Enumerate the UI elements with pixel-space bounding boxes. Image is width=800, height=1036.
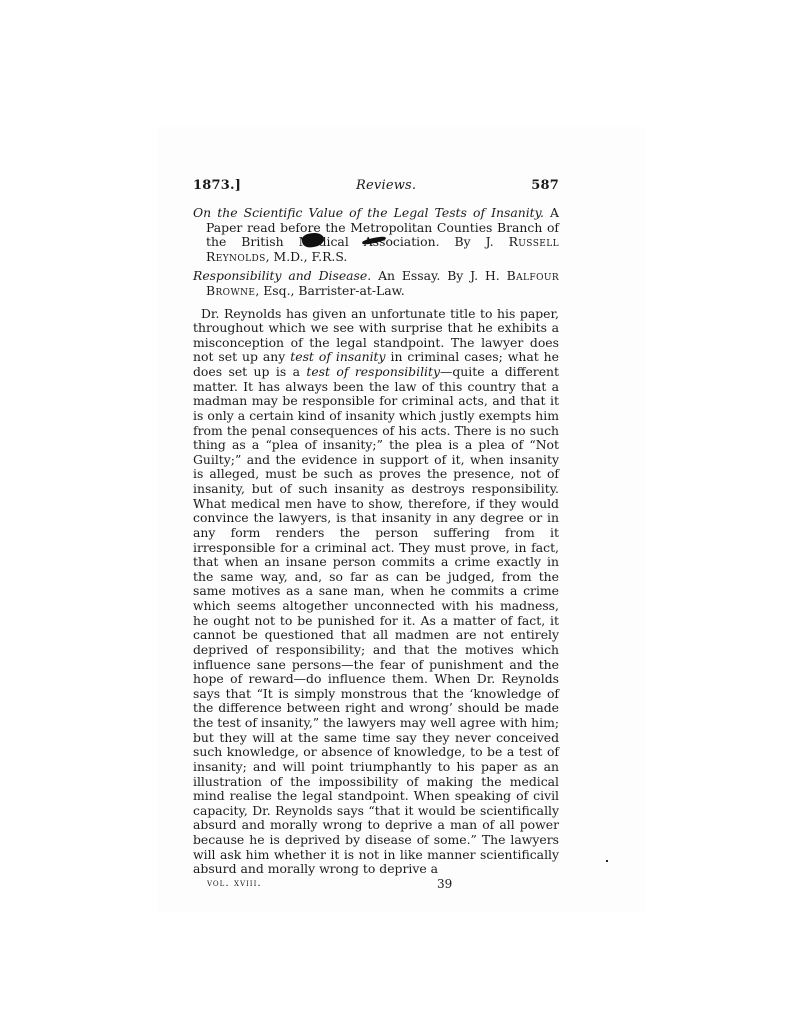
running-head: 1873.] Reviews. 587 [193,178,559,198]
page-footer: vol. xviii. 39 [193,877,559,891]
review-title: On the Scientific Value of the Legal Tes… [193,205,544,220]
body-emphasis: test of responsibility [306,364,440,379]
review-entry-2: Responsibility and Disease. An Essay. By… [193,269,559,298]
book-page: 1873.] Reviews. 587 On the Scientific Va… [193,178,559,891]
body-emphasis: test of insanity [290,349,385,364]
review-author-credentials: , Esq., Barrister-at-Law. [255,283,404,298]
running-head-year: 1873.] [193,178,241,193]
review-entry-1: On the Scientific Value of the Legal Tes… [193,206,559,264]
review-title: Responsibility and Disease. [193,268,371,283]
page-number: 587 [531,178,559,193]
review-author-credentials: , M.D., F.R.S. [266,249,348,264]
scan-speck [606,860,608,862]
review-body-paragraph: Dr. Reynolds has given an unfortunate ti… [193,307,559,877]
volume-label: vol. xviii. [193,877,437,891]
signature-mark: 39 [437,877,452,891]
body-text-segment: —quite a different matter. It has always… [193,364,559,876]
running-head-section: Reviews. [356,178,416,193]
review-description: An Essay. By J. H. [371,268,506,283]
